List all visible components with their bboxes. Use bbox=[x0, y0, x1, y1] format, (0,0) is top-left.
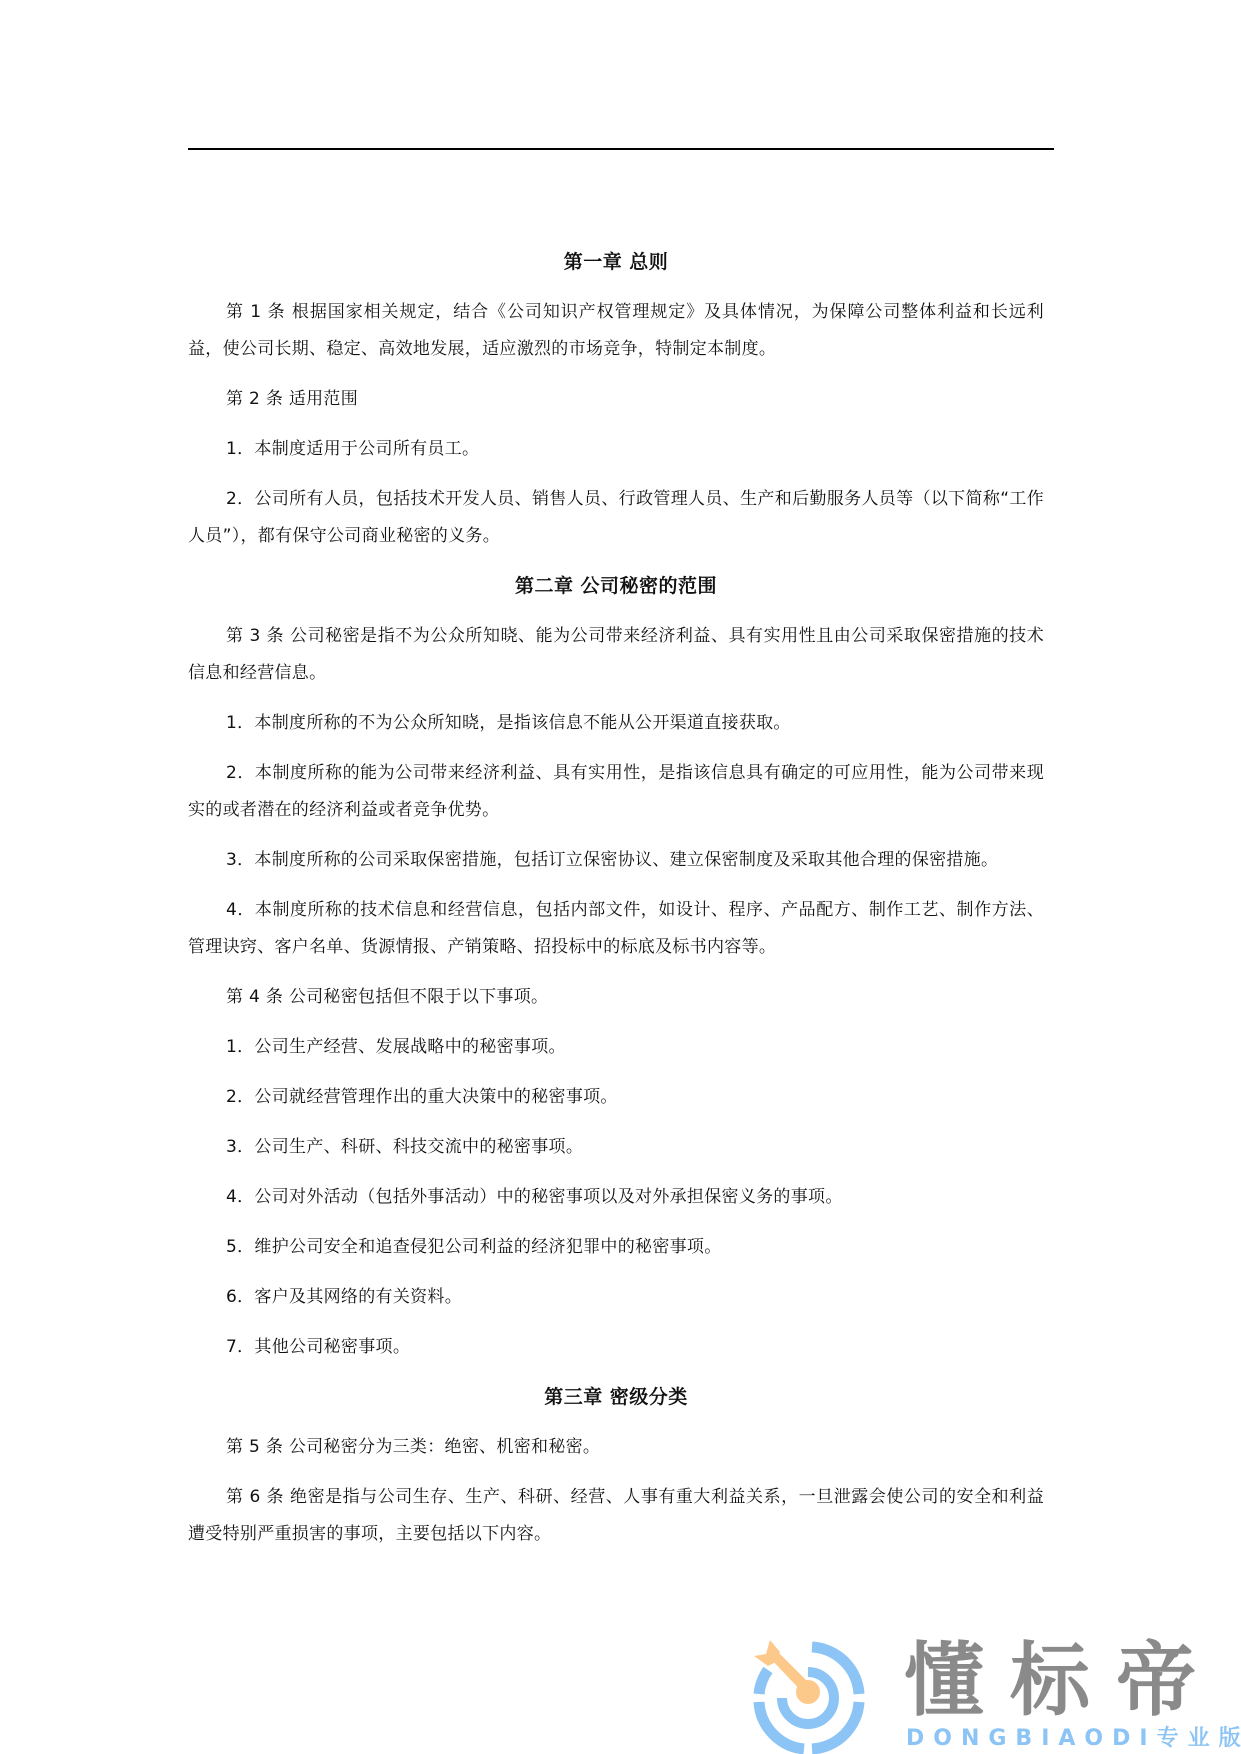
list-paragraph: 1．本制度适用于公司所有员工。 bbox=[188, 431, 1044, 468]
list-paragraph: 2．本制度所称的能为公司带来经济利益、具有实用性，是指该信息具有确定的可应用性，… bbox=[188, 755, 1044, 829]
watermark-subtitle: DONGBIAODI专业版 bbox=[906, 1726, 1241, 1752]
watermark-logo: 懂标帝 DONGBIAODI专业版 bbox=[746, 1632, 1241, 1754]
target-arrow-icon bbox=[746, 1632, 866, 1754]
article-paragraph: 第 2 条 适用范围 bbox=[188, 381, 1044, 418]
list-paragraph: 4．公司对外活动（包括外事活动）中的秘密事项以及对外承担保密义务的事项。 bbox=[188, 1179, 1044, 1216]
chapter-heading: 第一章 总则 bbox=[188, 244, 1044, 281]
header-rule bbox=[188, 148, 1054, 150]
list-paragraph: 7．其他公司秘密事项。 bbox=[188, 1329, 1044, 1366]
watermark-title: 懂标帝 bbox=[904, 1636, 1222, 1726]
list-paragraph: 1．公司生产经营、发展战略中的秘密事项。 bbox=[188, 1029, 1044, 1066]
article-paragraph: 第 3 条 公司秘密是指不为公众所知晓、能为公司带来经济利益、具有实用性且由公司… bbox=[188, 618, 1044, 692]
document-body: 第一章 总则 第 1 条 根据国家相关规定，结合《公司知识产权管理规定》及具体情… bbox=[188, 244, 1044, 1566]
article-paragraph: 第 4 条 公司秘密包括但不限于以下事项。 bbox=[188, 979, 1044, 1016]
list-paragraph: 2．公司就经营管理作出的重大决策中的秘密事项。 bbox=[188, 1079, 1044, 1116]
article-paragraph: 第 5 条 公司秘密分为三类：绝密、机密和秘密。 bbox=[188, 1429, 1044, 1466]
chapter-heading: 第三章 密级分类 bbox=[188, 1379, 1044, 1416]
article-paragraph: 第 1 条 根据国家相关规定，结合《公司知识产权管理规定》及具体情况，为保障公司… bbox=[188, 294, 1044, 368]
list-paragraph: 4．本制度所称的技术信息和经营信息，包括内部文件，如设计、程序、产品配方、制作工… bbox=[188, 892, 1044, 966]
article-paragraph: 第 6 条 绝密是指与公司生存、生产、科研、经营、人事有重大利益关系，一旦泄露会… bbox=[188, 1479, 1044, 1553]
list-paragraph: 3．本制度所称的公司采取保密措施，包括订立保密协议、建立保密制度及采取其他合理的… bbox=[188, 842, 1044, 879]
list-paragraph: 6．客户及其网络的有关资料。 bbox=[188, 1279, 1044, 1316]
list-paragraph: 3．公司生产、科研、科技交流中的秘密事项。 bbox=[188, 1129, 1044, 1166]
list-paragraph: 1．本制度所称的不为公众所知晓，是指该信息不能从公开渠道直接获取。 bbox=[188, 705, 1044, 742]
list-paragraph: 5．维护公司安全和追查侵犯公司利益的经济犯罪中的秘密事项。 bbox=[188, 1229, 1044, 1266]
chapter-heading: 第二章 公司秘密的范围 bbox=[188, 568, 1044, 605]
list-paragraph: 2．公司所有人员，包括技术开发人员、销售人员、行政管理人员、生产和后勤服务人员等… bbox=[188, 481, 1044, 555]
